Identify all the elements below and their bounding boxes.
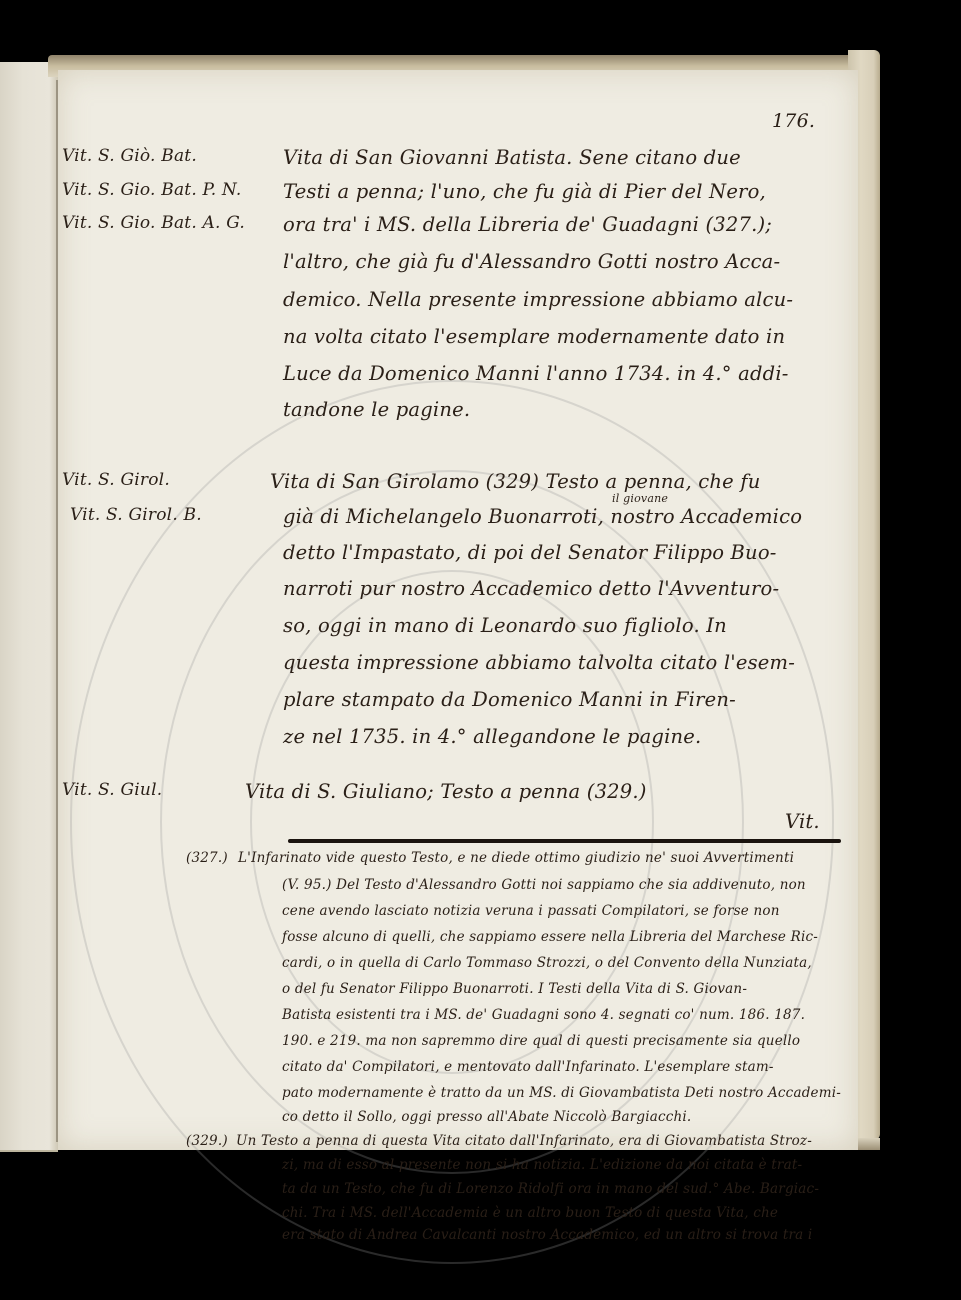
footnote-line: Batista esistenti tra i MS. de' Guadagni… xyxy=(282,1007,805,1023)
entry-text-line: l'altro, che già fu d'Alessandro Gotti n… xyxy=(283,250,780,273)
footnote-line: o del fu Senator Filippo Buonarroti. I T… xyxy=(282,981,747,997)
folio-number: 176. xyxy=(772,110,815,132)
left-facing-page xyxy=(0,62,58,1152)
entry-text-line: so, oggi in mano di Leonardo suo figliol… xyxy=(283,614,727,637)
margin-siglum: Vit. S. Giul. xyxy=(62,780,162,800)
entry-title-line: Vita di San Giovanni Batista. Sene citan… xyxy=(283,146,741,169)
margin-siglum: Vit. S. Girol. B. xyxy=(70,505,202,525)
footnote-line: cardi, o in quella di Carlo Tommaso Stro… xyxy=(282,955,812,971)
footnote-line: (V. 95.) Del Testo d'Alessandro Gotti no… xyxy=(282,877,806,893)
entry-text-line: ze nel 1735. in 4.° allegandone le pagin… xyxy=(283,725,701,748)
footnote-line: Un Testo a penna di questa Vita citato d… xyxy=(236,1133,812,1149)
footnote-line: 190. e 219. ma non sapremmo dire qual di… xyxy=(282,1033,800,1049)
footnote-line: zi, ma di esso al presente non si ha not… xyxy=(282,1157,802,1173)
entry-text-line: detto l'Impastato, di poi del Senator Fi… xyxy=(283,541,777,564)
entry-text-line: questa impressione abbiamo talvolta cita… xyxy=(283,651,795,674)
entry-text-line: tandone le pagine. xyxy=(283,398,470,421)
catchword: Vit. xyxy=(785,810,820,833)
margin-siglum: Vit. S. Gio. Bat. A. G. xyxy=(62,213,245,233)
footnote-mark: (327.) xyxy=(186,850,228,866)
footnote-line: ta da un Testo, che fu di Lorenzo Ridolf… xyxy=(282,1181,819,1197)
footnote-line: chi. Tra i MS. dell'Accademia è un altro… xyxy=(282,1205,778,1221)
entry-text-line: ora tra' i MS. della Libreria de' Guadag… xyxy=(283,213,772,236)
gutter-line xyxy=(56,80,58,1142)
footnote-line: pato modernamente è tratto da un MS. di … xyxy=(282,1085,841,1101)
entry-text-line: plare stampato da Domenico Manni in Fire… xyxy=(283,688,736,711)
entry-title-line: Vita di S. Giuliano; Testo a penna (329.… xyxy=(245,780,647,803)
entry-text-line: na volta citato l'esemplare modernamente… xyxy=(283,325,785,348)
footnote-mark: (329.) xyxy=(186,1133,228,1149)
footnote-line: citato da' Compilatori, e mentovato dall… xyxy=(282,1059,774,1075)
footnote-line: era stato di Andrea Cavalcanti nostro Ac… xyxy=(282,1227,812,1243)
margin-siglum: Vit. S. Gio. Bat. P. N. xyxy=(62,180,242,200)
entry-text-line: narroti pur nostro Accademico detto l'Av… xyxy=(283,577,779,600)
entry-title-line: Vita di San Girolamo (329) Testo a penna… xyxy=(270,470,761,493)
footnote-line: L'Infarinato vide questo Testo, e ne die… xyxy=(238,850,794,866)
entry-text-line: Testi a penna; l'uno, che fu già di Pier… xyxy=(283,180,766,203)
margin-siglum: Vit. S. Giò. Bat. xyxy=(62,146,197,166)
entry-text-line: già di Michelangelo Buonarroti, nostro A… xyxy=(283,505,802,528)
watermark-stamp-inner xyxy=(250,570,654,1074)
footnote-line: co detto il Sollo, oggi presso all'Abate… xyxy=(282,1109,691,1125)
margin-siglum: Vit. S. Girol. xyxy=(62,470,170,490)
footnote-divider xyxy=(288,839,841,843)
entry-text-line: Luce da Domenico Manni l'anno 1734. in 4… xyxy=(283,362,789,385)
interlinear-insertion: il giovane xyxy=(612,492,668,505)
footnote-line: fosse alcuno di quelli, che sappiamo ess… xyxy=(282,929,818,945)
entry-text-line: demico. Nella presente impressione abbia… xyxy=(283,288,793,311)
footnote-line: cene avendo lasciato notizia veruna i pa… xyxy=(282,903,780,919)
